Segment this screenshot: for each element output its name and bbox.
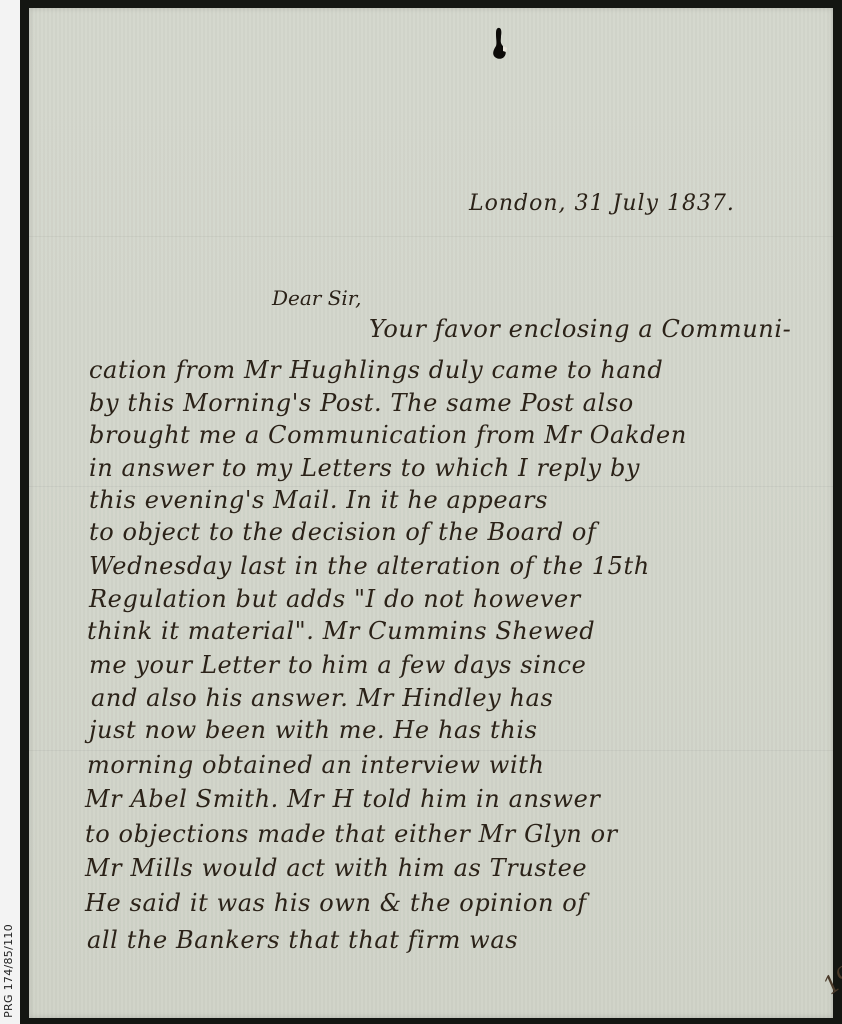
letter-line: Wednesday last in the alteration of the … xyxy=(89,552,650,580)
letter-line: Mr Abel Smith. Mr H told him in answer xyxy=(85,785,601,813)
letter-line: Regulation but adds "I do not however xyxy=(89,585,581,613)
archive-margin-strip: PRG 174/85/110 xyxy=(0,0,20,1024)
ink-blot-icon xyxy=(492,27,508,60)
letter-line: Mr Mills would act with him as Trustee xyxy=(85,854,587,882)
letter-line: by this Morning's Post. The same Post al… xyxy=(89,389,634,417)
letter-line: in answer to my Letters to which I reply… xyxy=(89,454,640,482)
letter-page: London, 31 July 1837. Dear Sir, Your fav… xyxy=(29,8,833,1018)
letter-salutation: Dear Sir, xyxy=(272,286,362,310)
letter-line: me your Letter to him a few days since xyxy=(89,651,586,679)
letter-line: and also his answer. Mr Hindley has xyxy=(91,684,553,712)
page-number: 19 xyxy=(818,960,842,1000)
letter-line: morning obtained an interview with xyxy=(87,751,545,779)
letter-line: think it material". Mr Cummins Shewed xyxy=(87,617,595,645)
letter-line: cation from Mr Hughlings duly came to ha… xyxy=(89,356,663,384)
paper-fold-line xyxy=(29,236,833,237)
letter-line: to object to the decision of the Board o… xyxy=(89,518,596,546)
letter-place-date: London, 31 July 1837. xyxy=(469,191,735,216)
letter-line: Your favor enclosing a Communi- xyxy=(369,315,791,343)
letter-line: He said it was his own & the opinion of xyxy=(85,889,587,917)
letter-line: all the Bankers that that firm was xyxy=(87,926,518,954)
letter-line: just now been with me. He has this xyxy=(89,716,538,744)
letter-line: to objections made that either Mr Glyn o… xyxy=(85,820,618,848)
archive-reference-label: PRG 174/85/110 xyxy=(2,924,15,1018)
letter-line: this evening's Mail. In it he appears xyxy=(89,486,548,514)
letter-line: brought me a Communication from Mr Oakde… xyxy=(89,421,687,449)
